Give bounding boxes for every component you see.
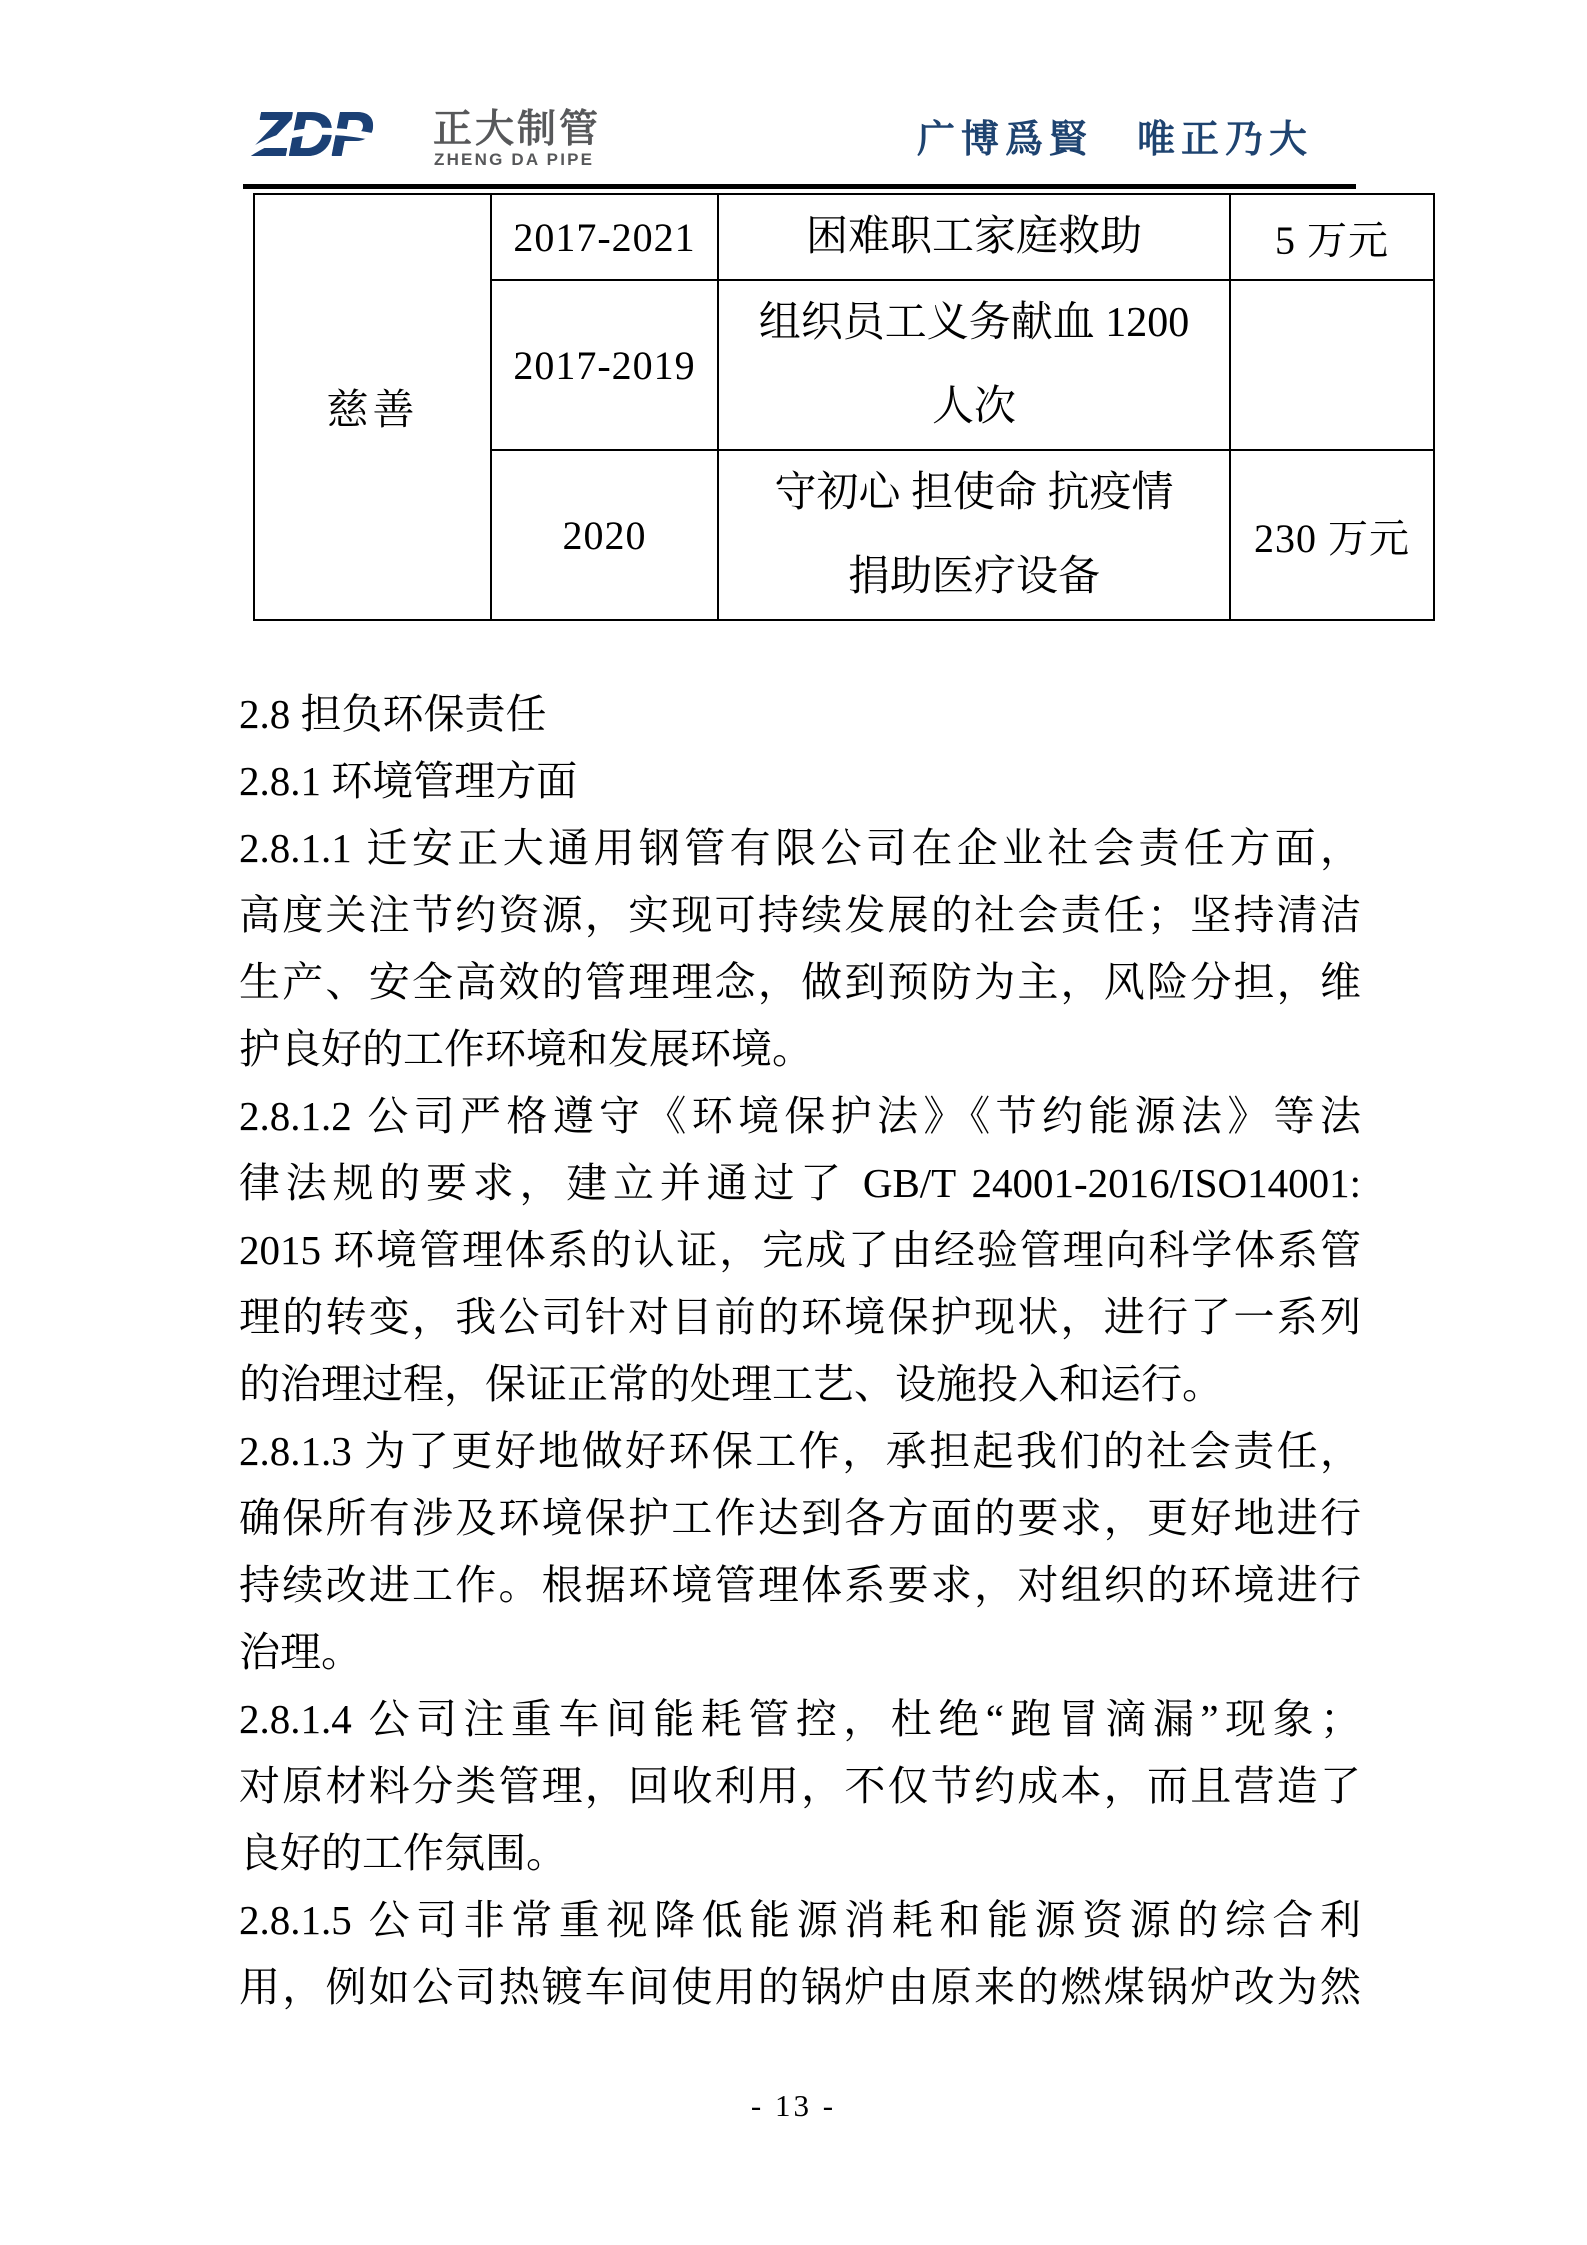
- body-line: 确保所有涉及环境保护工作达到各方面的要求，更好地进行: [239, 1485, 1361, 1552]
- activity-cell: 守初心 担使命 抗疫情 捐助医疗设备: [718, 450, 1230, 620]
- body-line: 2.8.1.1 迁安正大通用钢管有限公司在企业社会责任方面，: [239, 815, 1361, 882]
- body-line: 对原材料分类管理，回收利用，不仅节约成本，而且营造了: [239, 1753, 1361, 1820]
- table-row: 慈善 2017-2021 困难职工家庭救助 5 万元: [254, 194, 1434, 280]
- body-line: 的治理过程，保证正常的处理工艺、设施投入和运行。: [239, 1351, 1361, 1418]
- body-line: 2.8.1.2 公司严格遵守《环境保护法》《节约能源法》等法: [239, 1083, 1361, 1150]
- body-line: 持续改进工作。根据环境管理体系要求，对组织的环境进行: [239, 1552, 1361, 1619]
- document-page: ZDP 正大制管 ZHENG DA PIPE 广博爲賢 唯正乃大 慈善 2017…: [0, 0, 1587, 2245]
- amount-cell: 230 万元: [1230, 450, 1434, 620]
- body-line: 生产、安全高效的管理理念，做到预防为主，风险分担，维: [239, 949, 1361, 1016]
- header-divider: [243, 184, 1356, 189]
- period-cell: 2020: [491, 450, 718, 620]
- activity-cell: 组织员工义务献血 1200 人次: [718, 280, 1230, 450]
- body-line: 高度关注节约资源，实现可持续发展的社会责任；坚持清洁: [239, 882, 1361, 949]
- body-line: 护良好的工作环境和发展环境。: [239, 1016, 1361, 1083]
- activity-cell: 困难职工家庭救助: [718, 194, 1230, 280]
- body-line: 理的转变，我公司针对目前的环境保护现状，进行了一系列: [239, 1284, 1361, 1351]
- body-line: 律法规的要求，建立并通过了 GB/T 24001-2016/ISO14001:: [239, 1150, 1361, 1217]
- body-line: 用，例如公司热镀车间使用的锅炉由原来的燃煤锅炉改为然: [239, 1954, 1361, 2021]
- section-heading: 2.8 担负环保责任: [239, 681, 1361, 748]
- page-number: - 13 -: [0, 2088, 1587, 2124]
- body-line: 良好的工作氛围。: [239, 1820, 1361, 1887]
- body-line: 2015 环境管理体系的认证，完成了由经验管理向科学体系管: [239, 1217, 1361, 1284]
- amount-cell: [1230, 280, 1434, 450]
- category-cell: 慈善: [254, 194, 491, 620]
- body-line: 2.8.1.5 公司非常重视降低能源消耗和能源资源的综合利: [239, 1887, 1361, 1954]
- period-cell: 2017-2019: [491, 280, 718, 450]
- body-line: 2.8.1.4 公司注重车间能耗管控，杜绝“跑冒滴漏”现象；: [239, 1686, 1361, 1753]
- header-slogan: 广博爲賢 唯正乃大: [917, 118, 1313, 162]
- charity-table: 慈善 2017-2021 困难职工家庭救助 5 万元 2017-2019 组织员…: [253, 193, 1435, 621]
- section-heading: 2.8.1 环境管理方面: [239, 748, 1361, 815]
- body-text: 2.8 担负环保责任 2.8.1 环境管理方面 2.8.1.1 迁安正大通用钢管…: [239, 681, 1361, 2021]
- logo-name-chinese: 正大制管: [433, 110, 601, 149]
- logo-name-english: ZHENG DA PIPE: [434, 151, 594, 168]
- body-line: 治理。: [239, 1619, 1361, 1686]
- logo-acronym: ZDP: [252, 104, 370, 166]
- amount-cell: 5 万元: [1230, 194, 1434, 280]
- body-line: 2.8.1.3 为了更好地做好环保工作，承担起我们的社会责任，: [239, 1418, 1361, 1485]
- period-cell: 2017-2021: [491, 194, 718, 280]
